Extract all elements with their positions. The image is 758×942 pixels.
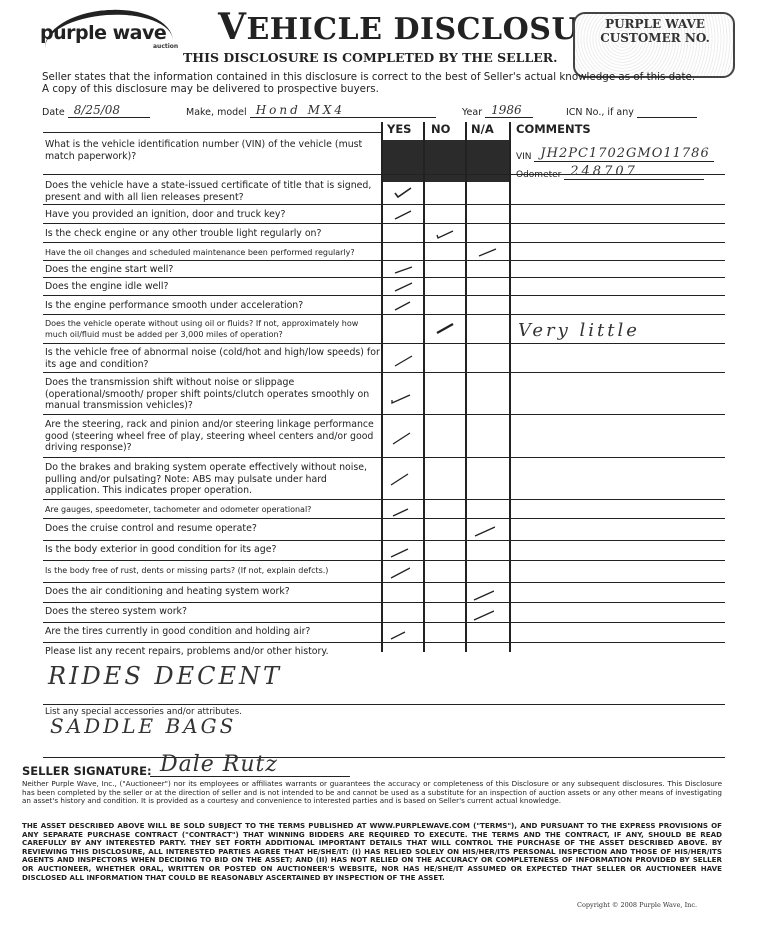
question-stereo: Does the stereo system work? [45, 606, 380, 618]
title-first-letter: V [218, 6, 246, 48]
question-rust-dents: Is the body free of rust, dents or missi… [45, 565, 380, 577]
row-divider [43, 704, 725, 705]
row-divider [43, 602, 725, 603]
checkmark-icon[interactable] [472, 587, 494, 601]
logo-text: purple wave [40, 22, 166, 44]
checkmark-icon[interactable] [388, 565, 410, 579]
checkmark-icon[interactable] [392, 207, 414, 221]
date-field-group: Date 8/25/08 [42, 104, 150, 118]
date-label: Date [42, 107, 65, 118]
column-header-comments: COMMENTS [516, 122, 591, 140]
question-vin: What is the vehicle identification numbe… [45, 139, 380, 162]
page-title: VEHICLE DISCLOSURE [218, 6, 627, 48]
checkmark-icon[interactable] [476, 244, 498, 258]
question-tires: Are the tires currently in good conditio… [45, 626, 380, 638]
question-performance: Is the engine performance smooth under a… [45, 300, 380, 312]
row-divider [43, 204, 725, 205]
row-divider [43, 132, 381, 133]
make-model-field-group: Make, model Hond MX4 [186, 104, 436, 118]
question-brakes: Do the brakes and braking system operate… [45, 462, 380, 497]
checkmark-icon[interactable] [390, 390, 412, 404]
purple-wave-logo: purple wave auction [38, 10, 178, 50]
divider-na-comments [509, 122, 511, 652]
row-divider [43, 518, 725, 519]
year-label: Year [462, 107, 482, 118]
checkmark-icon[interactable] [392, 262, 414, 276]
checkmark-icon[interactable] [392, 298, 414, 312]
question-cruise: Does the cruise control and resume opera… [45, 523, 380, 535]
odometer-comment: Odometer 248707 [516, 166, 704, 180]
history-label: Please list any recent repairs, problems… [45, 646, 380, 658]
checkmark-icon[interactable] [388, 627, 410, 641]
row-divider [43, 343, 725, 344]
row-divider [43, 457, 725, 458]
vin-comment: VIN JH2PC1702GMO11786 [516, 148, 714, 162]
terms-text: THE ASSET DESCRIBED ABOVE WILL BE SOLD S… [22, 822, 722, 882]
odometer-value: 248707 [570, 164, 638, 179]
date-value: 8/25/08 [74, 103, 120, 117]
odometer-field[interactable]: 248707 [564, 166, 704, 180]
question-title: Does the vehicle have a state-issued cer… [45, 180, 380, 203]
checkmark-icon[interactable] [390, 431, 412, 445]
checkmark-icon[interactable] [388, 472, 410, 486]
checkmark-icon[interactable] [434, 226, 456, 240]
vin-field[interactable]: JH2PC1702GMO11786 [534, 148, 714, 162]
logo-subtext: auction [153, 43, 178, 50]
vin-shaded-cell [383, 140, 511, 182]
row-divider [43, 223, 725, 224]
checkmark-icon[interactable] [390, 504, 412, 518]
column-header-no: NO [431, 122, 450, 140]
row-divider [43, 242, 725, 243]
vehicle-disclosure-form: purple wave auction VEHICLE DISCLOSURE T… [0, 0, 758, 942]
divider-question-yes [381, 122, 383, 652]
customer-number-label: PURPLE WAVE CUSTOMER NO. [595, 17, 715, 45]
intro-line1: Seller states that the information conta… [42, 71, 695, 83]
question-steering: Are the steering, rack and pinion and/or… [45, 419, 380, 454]
year-value: 1986 [491, 103, 522, 117]
odometer-label: Odometer [516, 170, 561, 180]
oil-fluids-comment[interactable]: Very little [518, 320, 640, 341]
icn-field[interactable] [637, 104, 697, 118]
question-gauges: Are gauges, speedometer, tachometer and … [45, 504, 380, 516]
row-divider [43, 314, 725, 315]
checkmark-icon[interactable] [392, 279, 414, 293]
question-oil-fluids: Does the vehicle operate without using o… [45, 319, 380, 340]
question-oil-changes: Have the oil changes and scheduled maint… [45, 247, 380, 259]
intro-line2: A copy of this disclosure may be deliver… [42, 83, 695, 95]
accessories-value[interactable]: SADDLE BAGS [50, 714, 236, 738]
icn-label: ICN No., if any [566, 107, 634, 118]
checkmark-icon[interactable] [434, 321, 456, 335]
vin-label: VIN [516, 152, 532, 162]
question-keys: Have you provided an ignition, door and … [45, 209, 380, 221]
row-divider [43, 560, 725, 561]
question-ac-heat: Does the air conditioning and heating sy… [45, 586, 380, 598]
intro-statement: Seller states that the information conta… [42, 71, 695, 95]
make-model-field[interactable]: Hond MX4 [250, 104, 436, 118]
checkmark-icon[interactable] [388, 544, 410, 558]
year-field-group: Year 1986 [462, 104, 533, 118]
seller-signature[interactable]: Dale Rutz [160, 752, 278, 777]
question-transmission: Does the transmission shift without nois… [45, 377, 380, 412]
history-value[interactable]: RIDES DECENT [48, 662, 282, 690]
row-divider [43, 540, 725, 541]
row-divider [43, 414, 725, 415]
column-header-yes: YES [387, 122, 411, 140]
seller-signature-label: SELLER SIGNATURE: [22, 764, 152, 778]
vin-value: JH2PC1702GMO11786 [540, 146, 709, 161]
divider-no-na [465, 122, 467, 652]
year-field[interactable]: 1986 [485, 104, 533, 118]
checkmark-icon[interactable] [392, 353, 414, 367]
question-engine-start: Does the engine start well? [45, 264, 380, 276]
make-model-value: Hond MX4 [256, 103, 345, 117]
checkmark-icon[interactable] [473, 523, 495, 537]
row-divider [43, 622, 725, 623]
checkmark-icon[interactable] [472, 607, 494, 621]
row-divider [43, 277, 725, 278]
checkmark-icon[interactable] [392, 184, 414, 198]
customer-number-box[interactable]: PURPLE WAVE CUSTOMER NO. [573, 12, 735, 78]
disclaimer-text: Neither Purple Wave, Inc., ("Auctioneer"… [22, 780, 722, 806]
row-divider [43, 642, 725, 643]
column-header-na: N/A [471, 122, 494, 140]
row-divider [43, 582, 725, 583]
customer-label-line2: CUSTOMER NO. [595, 31, 715, 45]
row-divider [43, 757, 725, 758]
question-engine-idle: Does the engine idle well? [45, 281, 380, 293]
page-subtitle: THIS DISCLOSURE IS COMPLETED BY THE SELL… [183, 50, 558, 65]
customer-label-line1: PURPLE WAVE [595, 17, 715, 31]
row-divider [43, 499, 725, 500]
copyright-text: Copyright © 2008 Purple Wave, Inc. [577, 901, 697, 909]
row-divider [43, 372, 725, 373]
question-noise: Is the vehicle free of abnormal noise (c… [45, 347, 380, 370]
question-body-exterior: Is the body exterior in good condition f… [45, 544, 380, 556]
row-divider [43, 295, 725, 296]
date-field[interactable]: 8/25/08 [68, 104, 150, 118]
icn-field-group: ICN No., if any [566, 104, 697, 118]
title-rest: EHICLE DISCLOSURE [246, 12, 626, 47]
question-check-engine: Is the check engine or any other trouble… [45, 228, 380, 240]
row-divider [43, 260, 725, 261]
divider-yes-no [423, 122, 425, 652]
make-model-label: Make, model [186, 107, 247, 118]
